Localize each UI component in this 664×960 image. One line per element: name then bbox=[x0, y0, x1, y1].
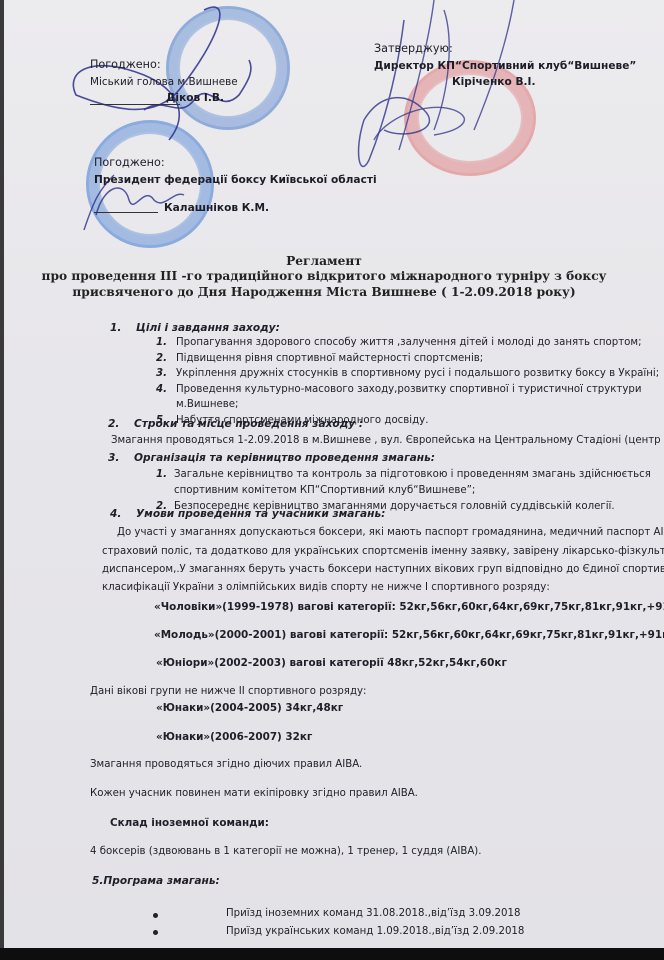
approval-name-director: Кіріченко В.І. bbox=[452, 76, 536, 88]
rules-note: Змагання проводяться згідно діючих прави… bbox=[90, 759, 362, 770]
age-group-cadets-2: «Юнаки»(2006-2007) 32кг bbox=[156, 731, 312, 743]
age-group-juniors: «Юніори»(2002-2003) вагові категорії 48к… bbox=[156, 657, 507, 669]
section-4-paragraph-line3: диспансером,.У змаганнях беруть участь б… bbox=[102, 564, 664, 575]
approval-name-federation: Калашніков К.М. bbox=[164, 202, 269, 214]
foreign-team-title: Склад іноземної команди: bbox=[110, 817, 269, 829]
document-subtitle-line1: про проведення ІІІ -го традиційного відк… bbox=[4, 269, 644, 283]
schedule-item-ukrainian: Приїзд українських команд 1.09.2018.,від… bbox=[226, 926, 524, 937]
signature-line-federation bbox=[94, 212, 158, 213]
approval-name-mayor: Діков І.В. bbox=[166, 92, 224, 104]
section-2-heading: 2.Строки та місце проведення заходу : bbox=[108, 418, 363, 430]
signature-line-mayor bbox=[90, 104, 180, 105]
section-3-item-text: Загальне керівництво та контроль за підг… bbox=[174, 469, 651, 480]
section-1-item-text: Укріплення дружніх стосунків в спортивно… bbox=[176, 368, 659, 379]
document-subtitle-line2: присвяченого до Дня Народження Міста Виш… bbox=[4, 285, 644, 299]
section-1-item-number: 2. bbox=[156, 353, 167, 364]
equipment-note: Кожен учасник повинен мати екіпіровку зг… bbox=[90, 788, 418, 799]
section-4-paragraph-line4: класифікації України з олімпійських виді… bbox=[102, 582, 550, 593]
section-4-paragraph-line2: страховий поліс, та додатково для україн… bbox=[102, 546, 664, 557]
bullet-icon bbox=[153, 930, 158, 935]
schedule-item-foreign: Приїзд іноземних команд 31.08.2018.,від’… bbox=[226, 908, 520, 919]
signatures bbox=[4, 0, 664, 240]
section-4-heading: 4.Умови проведення та учасники змагань: bbox=[110, 508, 385, 520]
photo-background-bottom bbox=[0, 948, 664, 960]
section-1-item-text: Проведення культурно-масового заходу,роз… bbox=[176, 384, 641, 395]
age-group-youth: «Молодь»(2000-2001) вагові категорії: 52… bbox=[154, 629, 664, 641]
foreign-team-text: 4 боксерів (здвоювань в 1 категорії не м… bbox=[90, 846, 482, 857]
document-page: Погоджено: Міський голова м.Вишневе Діко… bbox=[4, 0, 664, 948]
section-2-text: Змагання проводяться 1-2.09.2018 в м.Виш… bbox=[111, 435, 664, 446]
section-1-heading: 1.Цілі і завдання заходу: bbox=[110, 322, 280, 334]
age-group-men: «Чоловіки»(1999-1978) вагові категорії: … bbox=[154, 601, 664, 613]
second-rank-note: Дані вікові групи не нижче ІІ спортивног… bbox=[90, 686, 366, 697]
section-1-item-text: м.Вишневе; bbox=[176, 399, 239, 410]
document-title: Регламент bbox=[4, 254, 644, 268]
approval-label-director: Затверджую: bbox=[374, 42, 453, 55]
section-1-item-number: 3. bbox=[156, 368, 167, 379]
section-4-paragraph-line1: До участі у змаганнях допускаються боксе… bbox=[117, 527, 664, 538]
approval-label-federation: Погоджено: bbox=[94, 156, 165, 169]
section-1-item-text: Пропагування здорового способу життя ,за… bbox=[176, 337, 642, 348]
section-3-item-text: спортивним комітетом КП“Спортивний клуб“… bbox=[174, 485, 475, 496]
approval-label-mayor: Погоджено: bbox=[90, 58, 161, 71]
approval-position-director: Директор КП“Спортивний клуб“Вишневе” bbox=[374, 60, 636, 72]
section-3-item-number: 1. bbox=[156, 469, 167, 480]
bullet-icon bbox=[153, 913, 158, 918]
section-3-heading: 3.Організація та керівництво проведення … bbox=[108, 452, 435, 464]
section-1-item-number: 1. bbox=[156, 337, 167, 348]
approval-position-mayor: Міський голова м.Вишневе bbox=[90, 76, 238, 88]
approval-position-federation: Президент федерації боксу Київської обла… bbox=[94, 174, 377, 186]
section-1-item-number: 4. bbox=[156, 384, 167, 395]
age-group-cadets-1: «Юнаки»(2004-2005) 34кг,48кг bbox=[156, 702, 343, 714]
section-1-item-text: Підвищення рівня спортивної майстерності… bbox=[176, 353, 483, 364]
section-5-heading: 5.Програма змагань: bbox=[92, 875, 220, 887]
